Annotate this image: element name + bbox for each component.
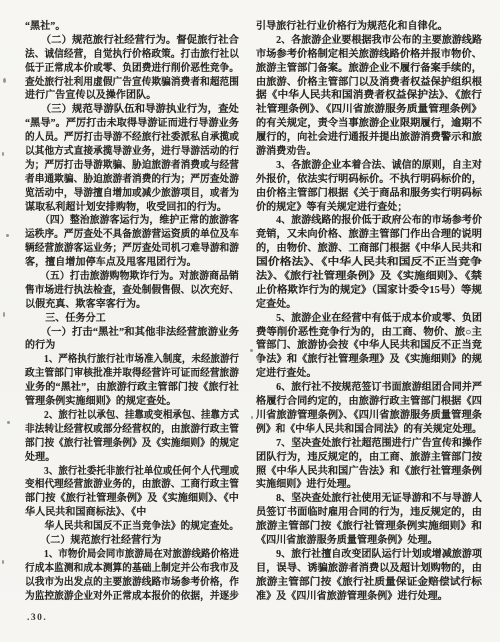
text-line: 由价格主管部门根据《关于商品和服务实行明码标 bbox=[256, 187, 482, 201]
text-line: 行成本监测和成本测算的基础上制定并公布我市及 bbox=[25, 562, 239, 576]
text-line: 社管理条例》、《四川省旅游服务质量管理条例》 bbox=[256, 103, 482, 117]
text-line: 1、市物价局会同市旅游局在对旅游线路价格进 bbox=[25, 548, 239, 562]
text-line: 售市场进行执法检查，查处制假售假、以次充好、 bbox=[25, 284, 239, 298]
text-line: 2、旅行社以承包、挂靠或变相承包、挂靠方式 bbox=[25, 409, 239, 423]
text-line: 争法》和《旅行社管理条理》及《实施细则》的规 bbox=[256, 353, 482, 367]
text-line: 实施细则》进行处理。 bbox=[256, 478, 482, 492]
text-line: 管部门、旅游协会按《中华人民共和国反不正当竞 bbox=[256, 339, 482, 353]
text-line: 查处旅行社利用虚假广告宣传欺骗消费者和超范围 bbox=[25, 76, 239, 90]
text-line: 市场参考价格制定相关旅游线路价格并报市物价、 bbox=[256, 48, 482, 62]
text-line: 目，误导、诱骗旅游者消费以及超计划购物的，由 bbox=[256, 562, 482, 576]
text-line: 价的规定》等有关规定进行查处； bbox=[256, 201, 482, 215]
left-text-column: “黑社”。 （二）规范旅行社经营行为。督促旅行社合法、诚信经营，自觉执行价格政策… bbox=[25, 20, 239, 603]
text-line: 处理。 bbox=[25, 451, 239, 465]
text-line: 辆经营旅游客运业务；严厉查处司机刁难导游和游 bbox=[25, 242, 239, 256]
text-line: 据《中华人民共和国消费者权益保护法》、《旅行 bbox=[256, 89, 482, 103]
scan-speck bbox=[3, 78, 6, 83]
text-line: 低于正常成本价或零、负团费进行削价恶性竞争。 bbox=[25, 62, 239, 76]
text-line: 7、坚决查处旅行社超范围进行广告宣传和操作 bbox=[256, 437, 482, 451]
text-line: 三、任务分工 bbox=[25, 312, 239, 326]
scan-speck bbox=[3, 312, 5, 317]
text-line: 变相代理经营旅游业务的，由旅游、工商行政主管 bbox=[25, 478, 239, 492]
text-line: 非法转让经营权或部分经营权的，由旅游行政主管 bbox=[25, 423, 239, 437]
text-line: 例》和《中华人民共和国合同法》的有关规定处理。 bbox=[256, 423, 482, 437]
text-line: （三）规范导游队伍和导游执业行为，查处 bbox=[25, 103, 239, 117]
text-line: 览活动中，导游擅自增加或减少旅游项目，或者为 bbox=[25, 187, 239, 201]
text-line: 业务的“黑社”，由旅游行政主管部门按《旅行社 bbox=[25, 381, 239, 395]
text-line: 的人员。严厉打击导游不经旅行社委派私自承揽或 bbox=[25, 131, 239, 145]
text-line: 为；严厉打击导游欺骗、胁迫旅游者消费或与经营 bbox=[25, 159, 239, 173]
text-line: 以假充真、欺客宰客行为。 bbox=[25, 298, 239, 312]
text-line: 华人民共和国商标法》、《中 bbox=[25, 506, 239, 520]
text-line: 由旅游、价格主管部门以及消费者权益保护组织根 bbox=[256, 76, 482, 90]
text-line: 运秩序。严厉查处不具备旅游营运资质的单位及车 bbox=[25, 228, 239, 242]
text-line: 旅游主管部门按《旅行社质量保证金赔偿试行标 bbox=[256, 576, 482, 590]
text-line: 法》、《旅行社管理条例》及《实施细则》、《禁 bbox=[256, 270, 482, 284]
text-line: 游消费劝告。 bbox=[256, 145, 482, 159]
text-line: 格履行合同约定的，由旅游行政主管部门根据《四 bbox=[256, 395, 482, 409]
text-line: （四）整治旅游客运行为，维护正常的旅游客 bbox=[25, 214, 239, 228]
text-line: 照《中华人民共和国广告法》和《旅行社管理条例 bbox=[256, 465, 482, 479]
text-line: 政主管部门审核批准并取得经营许可证而经营旅游 bbox=[25, 367, 239, 381]
text-line: 旅游主管部门备案。旅游企业不履行备案手续的， bbox=[256, 62, 482, 76]
text-line: 旅游主管部门按《旅行社管理条例实施细则》和 bbox=[256, 520, 482, 534]
text-line: 的行为 bbox=[25, 339, 239, 353]
text-line: 华人民共和国反不正当竞争法》的规定查处。 bbox=[25, 520, 239, 534]
text-line: 8、坚决查处旅行社使用无证导游和不与导游人 bbox=[256, 492, 482, 506]
text-line: 团队行为，违反规定的，由工商、旅游主管部门按 bbox=[256, 451, 482, 465]
text-line: 客，擅自增加停车点及甩客甩团行为。 bbox=[25, 256, 239, 270]
scan-speck bbox=[250, 349, 253, 352]
text-line: 国价格法》、《中华人民共和国反不正当竞争 bbox=[256, 256, 482, 270]
scan-speck bbox=[2, 560, 4, 564]
text-line: （五）打击旅游购物欺诈行为。对旅游商品销 bbox=[25, 270, 239, 284]
text-line: 9、旅行社擅自改变团队运行计划或增减旅游项 bbox=[256, 548, 482, 562]
text-line: 6、旅行社不按规范签订书面旅游组团合同并严 bbox=[256, 381, 482, 395]
text-line: 5、旅游企业在经营中有低于成本价或零、负团 bbox=[256, 312, 482, 326]
text-line: 3、各旅游企业本着合法、诚信的原则，自主对 bbox=[256, 159, 482, 173]
text-line: 3、旅行社委托非旅行社单位或任何个人代理或 bbox=[25, 465, 239, 479]
text-line: 部门按《旅行社管理条例》及《实施细则》、《中 bbox=[25, 492, 239, 506]
text-line: 的，由物价、旅游、工商部门根据《中华人民共和 bbox=[256, 242, 482, 256]
text-line: 定进行查处。 bbox=[256, 367, 482, 381]
text-line: 准》及《四川省旅游管理条例》进行处理。 bbox=[256, 590, 482, 604]
text-line: 者串通欺骗、胁迫旅游者消费的行为；严厉查处游 bbox=[25, 173, 239, 187]
text-line: 管理条例实施细则》的规定查处。 bbox=[25, 395, 239, 409]
text-line: 川省旅游管理条例》、《四川省旅游服务质量管理条 bbox=[256, 409, 482, 423]
scan-speck bbox=[7, 421, 10, 424]
text-line: 部门按《旅行社管理条例》及《实施细则》的规定 bbox=[25, 437, 239, 451]
scan-speck bbox=[6, 234, 9, 237]
page-number: .30. bbox=[27, 613, 47, 623]
text-line: 1、严格执行旅行社市场准入制度，未经旅游行 bbox=[25, 353, 239, 367]
right-text-column: 引导旅行社行业价格行为规范化和自律化。 2、各旅游企业要根据我市公布的主要旅游线… bbox=[256, 20, 482, 603]
scanned-document-page: “黑社”。 （二）规范旅行社经营行为。督促旅行社合法、诚信经营，自觉执行价格政策… bbox=[0, 0, 500, 642]
text-line: 谋取私利超计划安排购物，收受回扣的行为。 bbox=[25, 201, 239, 215]
text-line: （一）打击“黑社”和其他非法经营旅游业务 bbox=[25, 326, 239, 340]
text-line: 进行广告宣传以及操作团队。 bbox=[25, 89, 239, 103]
text-line: 费等削价恶性竞争行为的，由工商、物价、旅○主 bbox=[256, 326, 482, 340]
text-line: 引导旅行社行业价格行为规范化和自律化。 bbox=[256, 20, 482, 34]
text-line: 定查处。 bbox=[256, 298, 482, 312]
text-line: “黑导”。严厉打击未取得导游证而进行导游业务 bbox=[25, 117, 239, 131]
text-line: 员签订书面临时雇用合同的行为，违反规定的，由 bbox=[256, 506, 482, 520]
text-line: 为监控旅游企业对外正常成本报价的依据，并逐步 bbox=[25, 590, 239, 604]
text-line: 履行的，向社会进行通报并提出旅游消费警示和旅 bbox=[256, 131, 482, 145]
text-line: “黑社”。 bbox=[25, 20, 239, 34]
text-line: 《四川省旅游服务质量管理条例》处理。 bbox=[256, 534, 482, 548]
text-line: 的有关规定，责令当事旅游企业限期履行，逾期不 bbox=[256, 117, 482, 131]
text-line: 外报价，依法实行明码标价。不执行明码标价的， bbox=[256, 173, 482, 187]
text-line: 止价格欺诈行为的规定》（国家计委令15号）等规 bbox=[256, 284, 482, 298]
text-line: 2、各旅游企业要根据我市公布的主要旅游线路 bbox=[256, 34, 482, 48]
scan-speck bbox=[251, 416, 253, 419]
text-line: 4、旅游线路的报价低于政府公布的市场参考价 bbox=[256, 214, 482, 228]
text-line: 以其他方式直接承揽导游业务，进行导游活动的行 bbox=[25, 145, 239, 159]
text-line: 以我市为出发点的主要旅游线路市场参考价格，作 bbox=[25, 576, 239, 590]
text-line: 法、诚信经营，自觉执行价格政策。打击旅行社以 bbox=[25, 48, 239, 62]
text-line: 竞销，又未向价格、旅游主管部门作出合理的说明 bbox=[256, 228, 482, 242]
text-line: （二）规范旅行社经营行为 bbox=[25, 534, 239, 548]
scan-speck bbox=[2, 152, 4, 156]
text-line: （二）规范旅行社经营行为。督促旅行社合 bbox=[25, 34, 239, 48]
